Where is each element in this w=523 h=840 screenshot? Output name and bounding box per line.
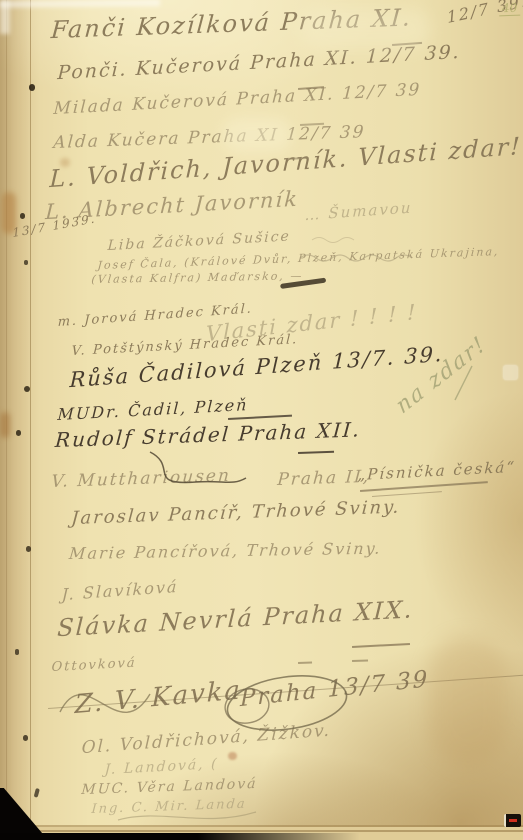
signature-line: Z. V. Kavka	[74, 675, 242, 720]
binding-hole	[24, 260, 28, 265]
pen-dash	[298, 662, 312, 664]
signatures-layer: Fanči Kozílková Praha XI.12/7 39.Ponči. …	[0, 0, 523, 840]
page-number: 40	[498, 1, 520, 17]
red-bar	[509, 819, 517, 822]
signature-line: Milada Kučerová Praha XI. 12/7 39	[53, 80, 422, 119]
scanned-guestbook-page: Fanči Kozílková Praha XI.12/7 39.Ponči. …	[0, 0, 523, 840]
paper-stain	[0, 412, 10, 438]
paper-stain	[2, 192, 16, 234]
signature-line: V. Mutthariousen	[51, 466, 232, 492]
paper-stain	[222, 118, 292, 152]
red-bar-marker-icon	[504, 814, 521, 827]
signature-line: Ol. Voldřichová, Žižkov.	[81, 721, 331, 759]
pen-dash	[352, 659, 368, 662]
binding-hole	[26, 546, 31, 552]
signature-line: MUC. Věra Landová	[81, 776, 258, 798]
signature-line: J. Slavíková	[61, 577, 178, 604]
paper-stain	[428, 636, 508, 766]
signature-line: Slávka Nevrlá Praha XIX.	[57, 595, 415, 642]
paper-stain	[300, 8, 430, 50]
signature-line: Jaroslav Pancíř, Trhové Sviny.	[71, 497, 402, 530]
signature-line: MUDr. Čadil, Plzeň	[57, 395, 249, 424]
underline-stroke	[352, 643, 410, 648]
binding-hole	[23, 735, 28, 741]
signature-line: (Vlasta Kalfra) Maďarsko, —	[91, 269, 304, 286]
signature-line: Rudolf Strádel Praha XII.	[54, 417, 362, 452]
signature-line: … Šumavou	[304, 198, 412, 224]
binding-hole	[20, 213, 25, 219]
binding-hole	[29, 84, 35, 91]
signature-line: Ing. C. Mir. Landa	[91, 797, 247, 817]
signature-line: J. Landová, (	[104, 756, 219, 778]
signature-line: „Písnička česká“	[357, 458, 516, 484]
signature-line: Liba Žáčková Sušice	[107, 228, 291, 254]
paper-stain	[60, 158, 70, 167]
signature-line: Marie Pancířová, Trhové Sviny.	[68, 539, 382, 563]
underline-stroke	[298, 451, 334, 454]
paper-stain	[228, 752, 237, 760]
page-edge-line	[28, 825, 523, 827]
page-edge-line	[18, 830, 523, 832]
faint-square-overlay	[503, 365, 518, 380]
binding-hole	[16, 430, 21, 436]
signature-line: Ottovková	[51, 656, 137, 676]
binding-hole	[34, 788, 40, 798]
scan-background-bottom	[0, 833, 360, 840]
binding-hole	[24, 386, 30, 392]
underline-stroke	[372, 491, 442, 497]
signature-line: Praha 13/7 39	[240, 666, 429, 712]
binding-hole	[15, 649, 19, 655]
